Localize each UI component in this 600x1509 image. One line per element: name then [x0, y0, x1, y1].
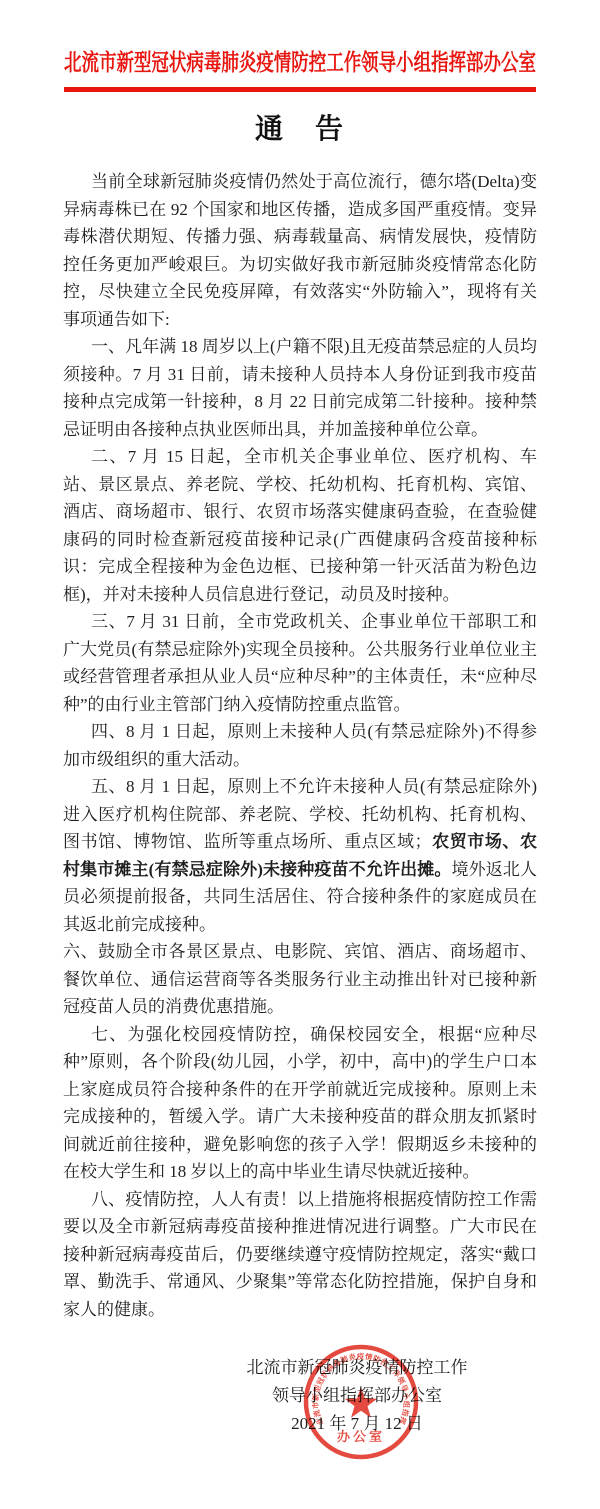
notice-paragraph: 二、7 月 15 日起，全市机关企事业单位、医疗机构、车站、景区景点、养老院、学… [63, 443, 537, 608]
notice-paragraph: 六、鼓励全市各景区景点、电影院、宾馆、酒店、商场超市、餐饮单位、通信运营商等各类… [63, 938, 537, 1021]
notice-paragraph: 当前全球新冠肺炎疫情仍然处于高位流行，德尔塔(Delta)变异病毒株已在 92 … [63, 168, 537, 333]
paragraph-text: 七、为强化校园疫情防控，确保校园安全，根据“应种尽种”原则，各个阶段(幼儿园，小… [63, 1025, 537, 1182]
notice-paragraph: 五、8 月 1 日起，原则上不允许未接种人员(有禁忌症除外)进入医疗机构住院部、… [63, 773, 537, 938]
star-icon [345, 1387, 377, 1418]
notice-paragraph: 八、疫情防控，人人有责！以上措施将根据疫情防控工作需要以及全市新冠病毒疫苗接种推… [63, 1186, 537, 1324]
org-header-underline [64, 87, 536, 92]
notice-page: 北流市新型冠状病毒肺炎疫情防控工作领导小组指挥部办公室 通 告 当前全球新冠肺炎… [0, 0, 600, 1509]
org-header: 北流市新型冠状病毒肺炎疫情防控工作领导小组指挥部办公室 [0, 46, 600, 96]
document-title: 通 告 [0, 107, 600, 147]
notice-paragraph: 四、8 月 1 日起，原则上未接种人员(有禁忌症除外)不得参加市级组织的重大活动… [63, 718, 537, 773]
official-seal: 北流市新型冠状病毒肺炎疫情防控工作领导小组指挥部 办公室 [301, 1340, 421, 1464]
paragraph-text: 四、8 月 1 日起，原则上未接种人员(有禁忌症除外)不得参加市级组织的重大活动… [63, 722, 537, 769]
notice-paragraph: 七、为强化校园疫情防控，确保校园安全，根据“应种尽种”原则，各个阶段(幼儿园，小… [63, 1021, 537, 1186]
paragraph-text: 八、疫情防控，人人有责！以上措施将根据疫情防控工作需要以及全市新冠病毒疫苗接种推… [63, 1190, 537, 1319]
paragraph-text: 三、7 月 31 日前，全市党政机关、企事业单位干部职工和广大党员(有禁忌症除外… [63, 612, 537, 714]
paragraph-text: 二、7 月 15 日起，全市机关企事业单位、医疗机构、车站、景区景点、养老院、学… [63, 447, 537, 604]
notice-paragraph: 三、7 月 31 日前，全市党政机关、企事业单位干部职工和广大党员(有禁忌症除外… [63, 608, 537, 718]
notice-paragraph: 一、凡年满 18 周岁以上(户籍不限)且无疫苗禁忌症的人员均须接种。7 月 31… [63, 333, 537, 443]
paragraph-text: 当前全球新冠肺炎疫情仍然处于高位流行，德尔塔(Delta)变异病毒株已在 92 … [63, 172, 537, 329]
org-header-title: 北流市新型冠状病毒肺炎疫情防控工作领导小组指挥部办公室 [64, 46, 536, 80]
notice-body: 当前全球新冠肺炎疫情仍然处于高位流行，德尔塔(Delta)变异病毒株已在 92 … [63, 168, 537, 1323]
paragraph-text: 六、鼓励全市各景区景点、电影院、宾馆、酒店、商场超市、餐饮单位、通信运营商等各类… [63, 942, 537, 1016]
seal-office-label: 办公室 [337, 1429, 385, 1444]
paragraph-text: 一、凡年满 18 周岁以上(户籍不限)且无疫苗禁忌症的人员均须接种。7 月 31… [63, 337, 537, 439]
